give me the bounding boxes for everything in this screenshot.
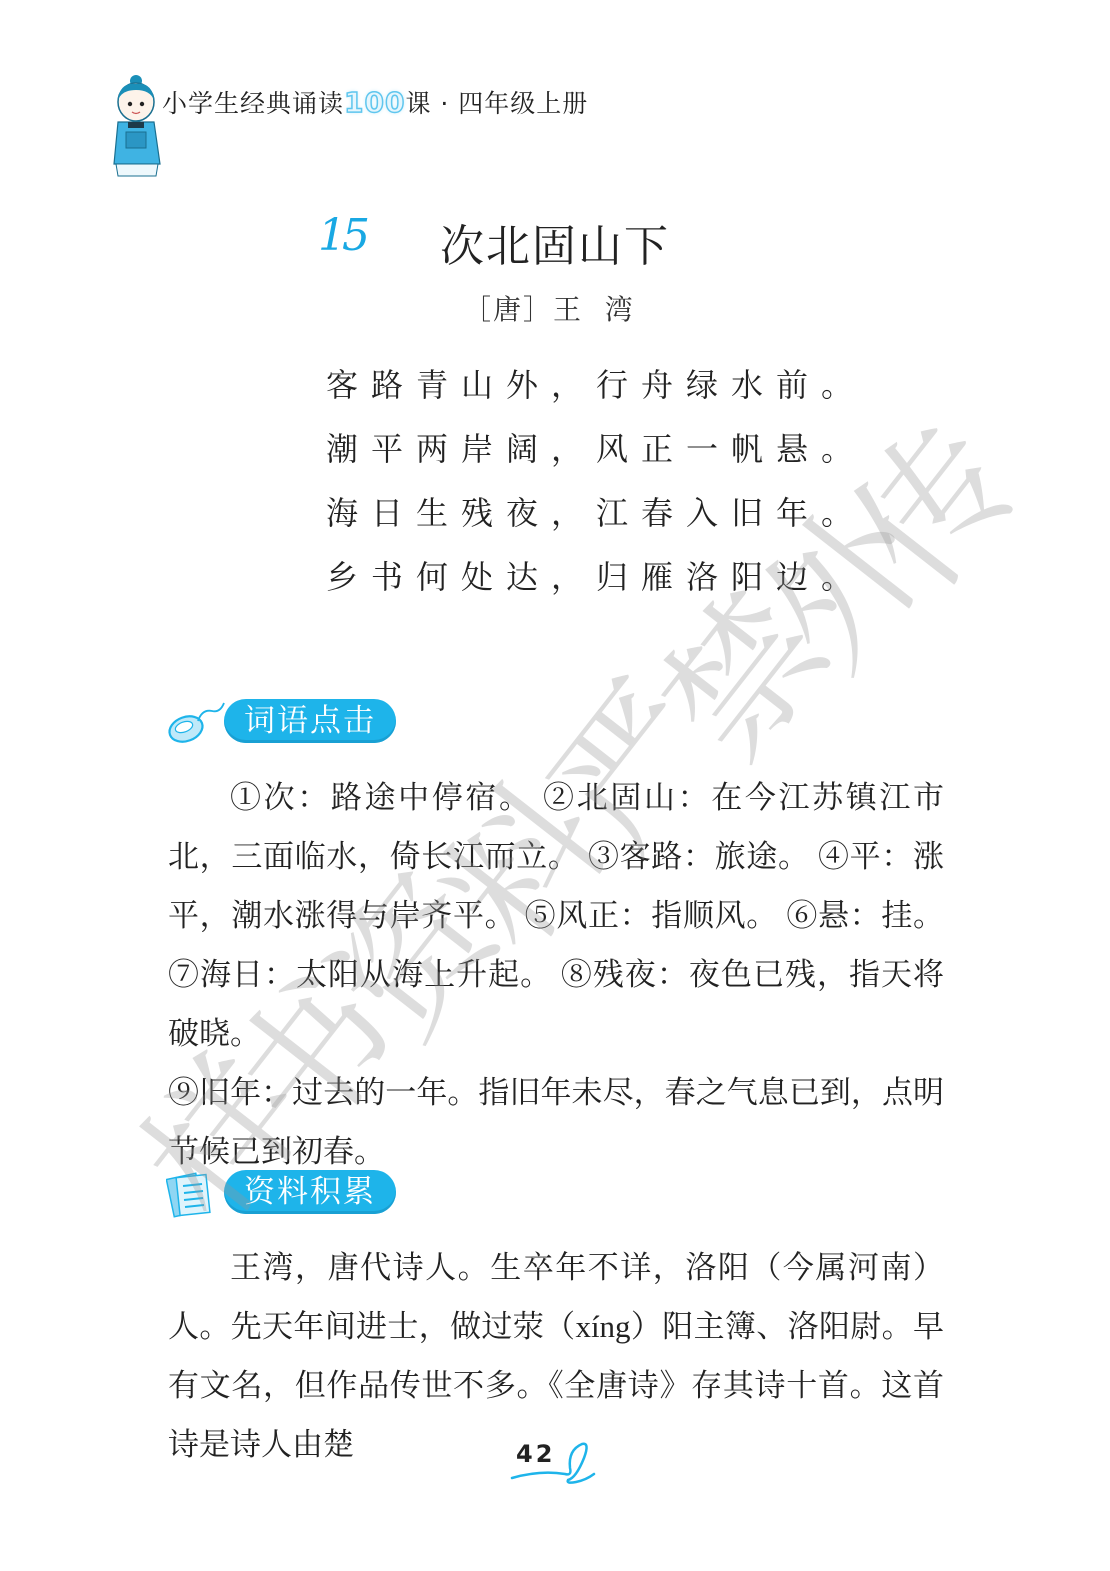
materials-notes: 王湾，唐代诗人。生卒年不详，洛阳（今属河南）人。先天年间进士，做过荥（xíng）… (168, 1238, 944, 1474)
vocabulary-section-label: 词语点击 (224, 699, 396, 743)
vocabulary-notes-text: ①次：路途中停宿。 ②北固山：在今江苏镇江市北，三面临水，倚长江而立。 ③客路：… (168, 768, 944, 1063)
series-title-suffix: 课 · 四年级上册 (405, 89, 588, 118)
poem-body: 客路青山外，行舟绿水前。 潮平两岸阔，风正一帆悬。 海日生残夜，江春入旧年。 乡… (326, 360, 866, 616)
vocabulary-notes-text-2: ⑨旧年：过去的一年。指旧年未尽，春之气息已到，点明节候已到初春。 (168, 1063, 944, 1181)
series-title: 小学生经典诵读100课 · 四年级上册 (162, 84, 588, 120)
poem-title: 次北固山下 (440, 210, 670, 274)
materials-notes-text: 王湾，唐代诗人。生卒年不详，洛阳（今属河南）人。先天年间进士，做过荥（xíng）… (168, 1238, 944, 1474)
author-line: ［唐］王 湾 (463, 288, 635, 328)
materials-section-header: 资料积累 (166, 1168, 406, 1218)
page-number-footer: 42 (510, 1440, 610, 1490)
poem-line: 客路青山外，行舟绿水前。 (326, 360, 866, 424)
materials-section-label: 资料积累 (224, 1170, 396, 1214)
series-title-prefix: 小学生经典诵读 (162, 89, 344, 118)
swirl-decoration-icon (510, 1440, 610, 1490)
poem-line: 乡书何处达，归雁洛阳边。 (326, 552, 866, 616)
series-title-number: 100 (344, 86, 405, 119)
poem-line: 潮平两岸阔，风正一帆悬。 (326, 424, 866, 488)
vocabulary-section-header: 词语点击 (166, 697, 406, 747)
document-pages-icon (166, 1168, 226, 1218)
vocabulary-notes: ①次：路途中停宿。 ②北固山：在今江苏镇江市北，三面临水，倚长江而立。 ③客路：… (168, 768, 944, 1181)
scholar-boy-mascot-icon (110, 72, 166, 178)
page-header: 小学生经典诵读100课 · 四年级上册 (110, 72, 710, 182)
poem-line: 海日生残夜，江春入旧年。 (326, 488, 866, 552)
lesson-number: 15 (318, 210, 366, 261)
computer-mouse-icon (166, 697, 226, 747)
